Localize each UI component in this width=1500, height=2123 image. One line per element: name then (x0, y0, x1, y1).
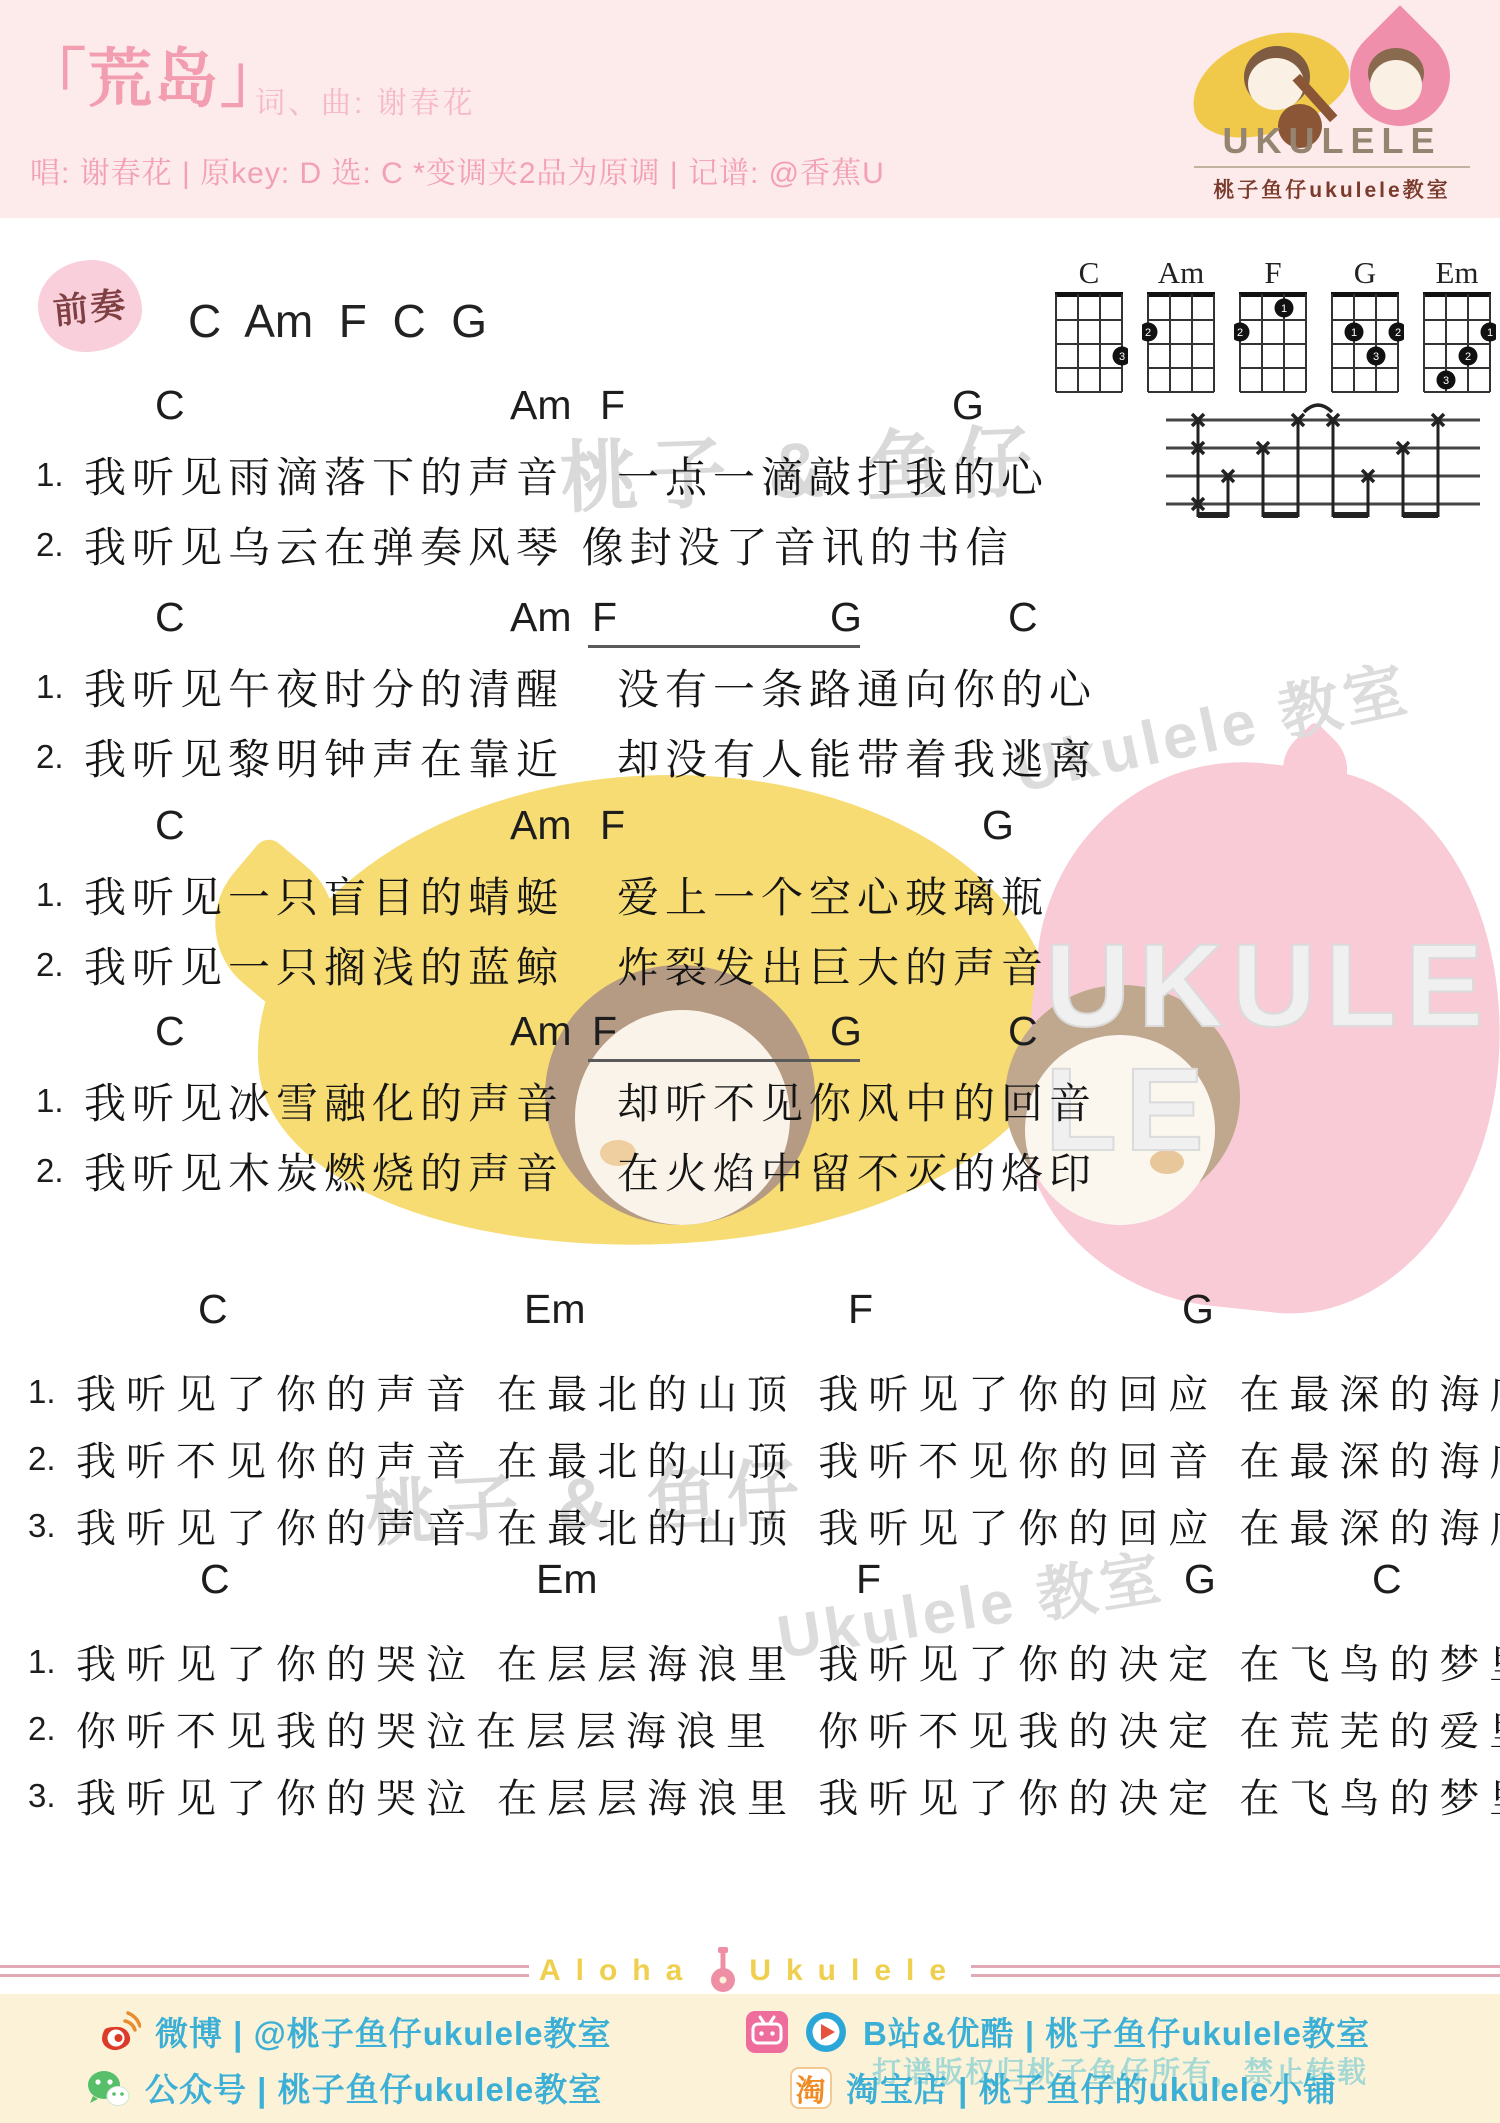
chord-label: Am (510, 594, 572, 641)
chord-label: Am (510, 382, 572, 429)
footer-item: 微博 | @桃子鱼仔ukulele教室 (95, 2008, 611, 2055)
lyric-line-number: 2. (36, 1152, 84, 1190)
chord-row: CAmFG (0, 382, 1500, 440)
intro-chord-progression: C Am F C G (188, 294, 487, 348)
lyric-line: 3.我听见了你的声音 在最北的山顶 我听见了你的回应 在最深的海底 (0, 1492, 1500, 1559)
chord-diagram-Em: Em123 (1418, 256, 1496, 403)
song-section: CAmFG1.我听见一只盲目的蜻蜓 爱上一个空心玻璃瓶2.我听见一只搁浅的蓝鲸 … (0, 802, 1500, 1000)
lyric-text: 我听见了你的声音 在最北的山顶 我听见了你的回应 在最深的海底 (76, 1363, 1500, 1420)
svg-text:1: 1 (1351, 327, 1357, 339)
lyric-line-number: 1. (36, 668, 84, 706)
lyric-line-number: 2. (36, 526, 84, 564)
logo-studio-name: 桃子鱼仔ukulele教室 (1182, 174, 1482, 204)
lyric-line-number: 1. (28, 1643, 76, 1681)
svg-text:3: 3 (1373, 351, 1379, 363)
chord-diagram-label: F (1234, 256, 1312, 292)
copyright-watermark: 打谱版权归桃子鱼仔所有，禁止转载 (872, 2050, 1368, 2091)
lyric-text: 我听见木炭燃烧的声音 在火焰中留不灭的烙印 (84, 1141, 1097, 1201)
chord-label: C (1372, 1556, 1402, 1603)
chord-diagram-label: C (1050, 256, 1128, 292)
footer-item: 公众号 | 桃子鱼仔ukulele教室 (85, 2064, 602, 2111)
lyric-text: 我听见了你的哭泣 在层层海浪里 我听见了你的决定 在飞鸟的梦里 (76, 1767, 1500, 1824)
svg-text:2: 2 (1237, 327, 1243, 339)
svg-text:1: 1 (1487, 327, 1493, 339)
lyric-text: 我听见午夜时分的清醒 没有一条路通向你的心 (84, 657, 1097, 717)
weibo-icon (95, 2009, 141, 2055)
song-info: 唱: 谢春花 | 原key: D 选: C *变调夹2品为原调 | 记谱: @香… (30, 148, 885, 192)
chord-label: Am (510, 1008, 572, 1055)
chord-diagram-label: Em (1418, 256, 1496, 292)
chord-label: G (1184, 1556, 1216, 1603)
divider-word-left: Aloha (539, 1954, 697, 1988)
chord-underline (588, 645, 860, 648)
header: 「荒岛」 词、曲: 谢春花 唱: 谢春花 | 原key: D 选: C *变调夹… (0, 0, 1500, 218)
chord-underline (588, 1059, 860, 1062)
footer-item-text: 微博 | @桃子鱼仔ukulele教室 (155, 2008, 611, 2055)
lyric-line-number: 2. (36, 738, 84, 776)
song-section: CEmFG1.我听见了你的声音 在最北的山顶 我听见了你的回应 在最深的海底2.… (0, 1286, 1500, 1559)
ukulele-icon (711, 1947, 735, 1995)
chord-label: Em (536, 1556, 598, 1603)
lyric-line-number: 1. (36, 456, 84, 494)
chord-label: G (830, 1008, 862, 1055)
chord-row: CAmFGC (0, 1008, 1500, 1066)
song-section: CEmFGC1.我听见了你的哭泣 在层层海浪里 我听见了你的决定 在飞鸟的梦里2… (0, 1556, 1500, 1829)
lyric-line: 1.我听见了你的声音 在最北的山顶 我听见了你的回应 在最深的海底 (0, 1358, 1500, 1425)
lyric-line-number: 2. (28, 1440, 76, 1478)
bilibili-icon (745, 2010, 789, 2054)
chord-label: C (1008, 594, 1038, 641)
song-section: CAmFG1.我听见雨滴落下的声音 一点一滴敲打我的心2.我听见乌云在弹奏风琴 … (0, 382, 1500, 580)
lyric-line: 1.我听见一只盲目的蜻蜓 爱上一个空心玻璃瓶 (0, 860, 1500, 930)
chord-row: CEmFGC (0, 1556, 1500, 1628)
lyric-text: 我听见了你的哭泣 在层层海浪里 我听见了你的决定 在飞鸟的梦里 (76, 1633, 1500, 1690)
lyric-line-number: 1. (36, 876, 84, 914)
lyric-line: 2.我听见黎明钟声在靠近 却没有人能带着我逃离 (0, 722, 1500, 792)
chord-diagram-Am: Am2 (1142, 256, 1220, 403)
lyric-line: 3.我听见了你的哭泣 在层层海浪里 我听见了你的决定 在飞鸟的梦里 (0, 1762, 1500, 1829)
footer-item-text: 公众号 | 桃子鱼仔ukulele教室 (145, 2064, 602, 2111)
lyric-text: 我听见乌云在弹奏风琴 像封没了音讯的书信 (84, 515, 1014, 575)
chord-label: C (198, 1286, 228, 1333)
divider-word-right: Ukulele (749, 1954, 961, 1988)
lyric-text: 我听见雨滴落下的声音 一点一滴敲打我的心 (84, 445, 1049, 505)
song-title: 「荒岛」 (22, 28, 286, 120)
chord-label: G (982, 802, 1014, 849)
chord-label: F (848, 1286, 873, 1333)
lyric-line: 2.我听见木炭燃烧的声音 在火焰中留不灭的烙印 (0, 1136, 1500, 1206)
chord-diagram-F: F12 (1234, 256, 1312, 403)
logo-boy-face (1370, 60, 1422, 110)
svg-text:2: 2 (1145, 327, 1151, 339)
lyric-line: 2.我听不见你的声音 在最北的山顶 我听不见你的回音 在最深的海底 (0, 1425, 1500, 1492)
chord-label: G (830, 594, 862, 641)
chord-row: CEmFG (0, 1286, 1500, 1358)
lyric-line: 1.我听见午夜时分的清醒 没有一条路通向你的心 (0, 652, 1500, 722)
chord-label: F (592, 594, 617, 641)
lyric-line: 2.你听不见我的哭泣在层层海浪里 你听不见我的决定 在荒芜的爱里 (0, 1695, 1500, 1762)
chord-diagram-G: G123 (1326, 256, 1404, 403)
song-credit: 词、曲: 谢春花 (255, 78, 476, 122)
lyric-line: 2.我听见一只搁浅的蓝鲸 炸裂发出巨大的声音 (0, 930, 1500, 1000)
divider-line-left (0, 1965, 529, 1977)
divider-line-right (971, 1965, 1500, 1977)
chord-diagram-C: C3 (1050, 256, 1128, 403)
lyric-line: 2.我听见乌云在弹奏风琴 像封没了音讯的书信 (0, 510, 1500, 580)
lyric-text: 你听不见我的哭泣在层层海浪里 你听不见我的决定 在荒芜的爱里 (76, 1700, 1500, 1757)
wechat-icon (85, 2065, 131, 2111)
chord-diagram-label: Am (1142, 256, 1220, 292)
song-section: CAmFGC1.我听见冰雪融化的声音 却听不见你风中的回音2.我听见木炭燃烧的声… (0, 1008, 1500, 1206)
lyric-line-number: 2. (28, 1710, 76, 1748)
svg-text:2: 2 (1395, 327, 1401, 339)
chord-label: C (1008, 1008, 1038, 1055)
chord-label: C (200, 1556, 230, 1603)
lyric-text: 我听见黎明钟声在靠近 却没有人能带着我逃离 (84, 727, 1097, 787)
logo-divider-line (1194, 166, 1470, 168)
studio-logo: UKULELE 桃子鱼仔ukulele教室 (1182, 8, 1482, 208)
footer-item-text: B站&优酷 | 桃子鱼仔ukulele教室 (863, 2008, 1370, 2055)
lyric-line: 1.我听见冰雪融化的声音 却听不见你风中的回音 (0, 1066, 1500, 1136)
chord-label: C (155, 382, 185, 429)
lyric-line: 1.我听见雨滴落下的声音 一点一滴敲打我的心 (0, 440, 1500, 510)
chord-label: G (1182, 1286, 1214, 1333)
lyric-text: 我听见一只搁浅的蓝鲸 炸裂发出巨大的声音 (84, 935, 1049, 995)
lyric-text: 我听见了你的声音 在最北的山顶 我听见了你的回应 在最深的海底 (76, 1497, 1500, 1554)
chord-label: F (856, 1556, 881, 1603)
intro-badge: 前奏 (38, 260, 142, 352)
lyric-text: 我听见冰雪融化的声音 却听不见你风中的回音 (84, 1071, 1097, 1131)
youku-icon (803, 2009, 849, 2055)
lyric-text: 我听见一只盲目的蜻蜓 爱上一个空心玻璃瓶 (84, 865, 1049, 925)
svg-text:3: 3 (1119, 351, 1125, 363)
chord-label: F (600, 382, 625, 429)
logo-brand-text: UKULELE (1182, 120, 1482, 162)
chord-label: C (155, 802, 185, 849)
chord-label: G (952, 382, 984, 429)
svg-text:1: 1 (1281, 303, 1287, 315)
taobao-icon: 淘 (790, 2067, 832, 2109)
lyric-line-number: 1. (28, 1373, 76, 1411)
svg-text:2: 2 (1465, 351, 1471, 363)
chord-label: Am (510, 802, 572, 849)
lyric-line-number: 3. (28, 1777, 76, 1815)
lyric-line-number: 3. (28, 1507, 76, 1545)
chord-sheet-page: 桃子 & 鱼仔Ukulele 教室UKULELE桃子 & 鱼仔Ukulele 教… (0, 0, 1500, 2123)
song-section: CAmFGC1.我听见午夜时分的清醒 没有一条路通向你的心2.我听见黎明钟声在靠… (0, 594, 1500, 792)
chord-label: F (600, 802, 625, 849)
chord-label: C (155, 594, 185, 641)
footer-item: B站&优酷 | 桃子鱼仔ukulele教室 (745, 2008, 1370, 2055)
chord-row: CAmFG (0, 802, 1500, 860)
chord-diagrams: C3Am2F12G123Em123 (1050, 256, 1496, 403)
chord-label: F (592, 1008, 617, 1055)
chord-label: C (155, 1008, 185, 1055)
lyric-line: 1.我听见了你的哭泣 在层层海浪里 我听见了你的决定 在飞鸟的梦里 (0, 1628, 1500, 1695)
lyric-line-number: 1. (36, 1082, 84, 1120)
lyric-line-number: 2. (36, 946, 84, 984)
intro-badge-label: 前奏 (51, 277, 130, 334)
chord-row: CAmFGC (0, 594, 1500, 652)
lyric-text: 我听不见你的声音 在最北的山顶 我听不见你的回音 在最深的海底 (76, 1430, 1500, 1487)
chord-diagram-label: G (1326, 256, 1404, 292)
chord-label: Em (524, 1286, 586, 1333)
footer-divider: Aloha Ukulele (0, 1948, 1500, 1994)
